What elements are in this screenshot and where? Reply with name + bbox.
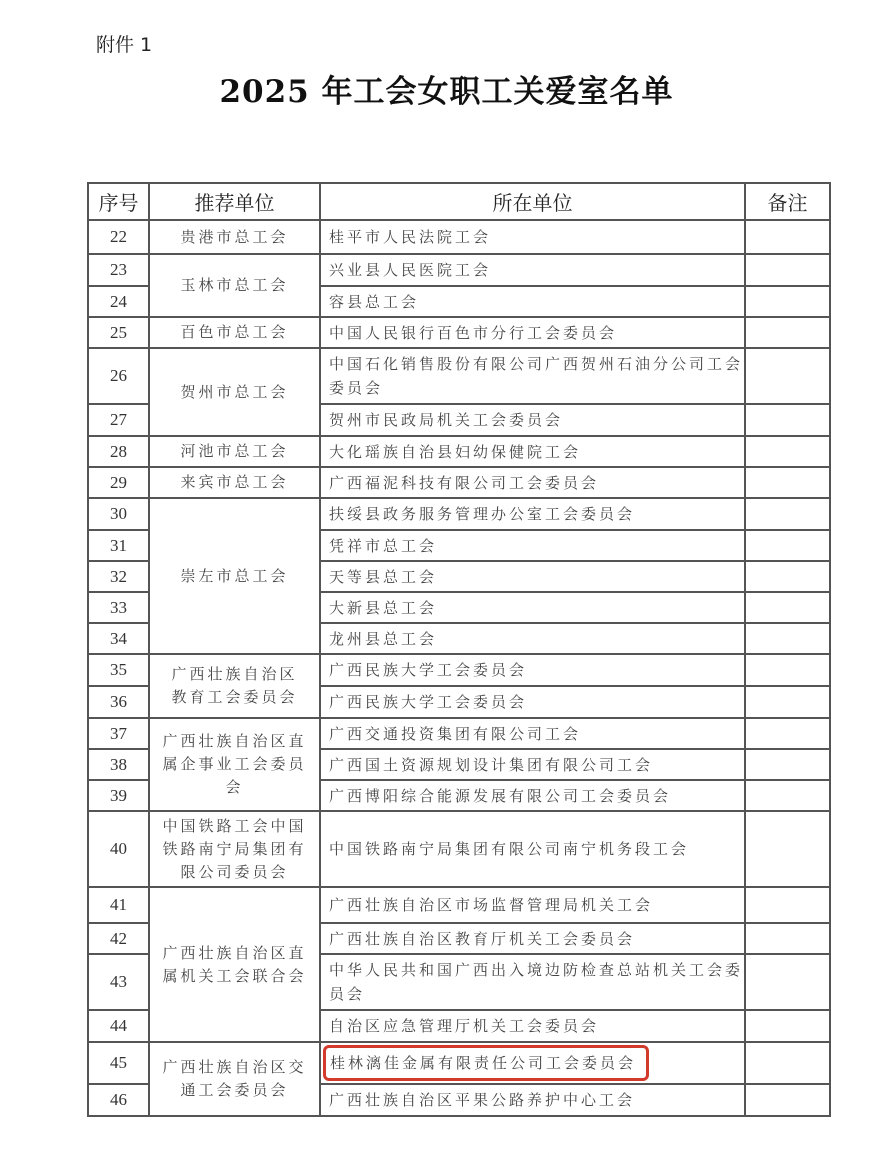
header-note: 备注 (745, 183, 830, 220)
row-recommender: 贺州市总工会 (149, 348, 320, 436)
recommender-line: 教育工会委员会 (171, 688, 297, 706)
row-recommender: 来宾市总工会 (149, 467, 320, 498)
row-note (745, 561, 830, 592)
row-note (745, 286, 830, 317)
name-list-table: 序号 推荐单位 所在单位 备注 22 贵港市总工会 桂平市人民法院工会 23 玉… (87, 182, 831, 1117)
row-unit: 广西交通投资集团有限公司工会 (320, 718, 745, 749)
row-note (745, 317, 830, 348)
row-unit: 广西福泥科技有限公司工会委员会 (320, 467, 745, 498)
row-recommender: 广西壮族自治区交通工会委员会 (149, 1042, 320, 1116)
row-note (745, 348, 830, 404)
row-serial: 23 (88, 254, 149, 286)
row-serial: 36 (88, 686, 149, 718)
row-note (745, 1042, 830, 1084)
row-unit: 天等县总工会 (320, 561, 745, 592)
row-recommender: 广西壮族自治区直属机关工会联合会 (149, 887, 320, 1042)
row-unit: 中国石化销售股份有限公司广西贺州石油分公司工会委员会 (320, 348, 745, 404)
row-note (745, 404, 830, 436)
row-note (745, 1010, 830, 1042)
row-serial: 29 (88, 467, 149, 498)
row-serial: 22 (88, 220, 149, 254)
header-unit: 所在单位 (320, 183, 745, 220)
row-serial: 24 (88, 286, 149, 317)
row-serial: 45 (88, 1042, 149, 1084)
row-note (745, 254, 830, 286)
row-unit: 凭祥市总工会 (320, 530, 745, 561)
row-unit: 贺州市民政局机关工会委员会 (320, 404, 745, 436)
row-note (745, 592, 830, 623)
table-row: 37 广西壮族自治区直属企事业工会委员会 广西交通投资集团有限公司工会 (88, 718, 830, 749)
row-note (745, 718, 830, 749)
attachment-label: 附件 1 (96, 30, 152, 57)
row-recommender: 玉林市总工会 (149, 254, 320, 317)
row-serial: 25 (88, 317, 149, 348)
table-row: 40 中国铁路工会中国铁路南宁局集团有限公司委员会 中国铁路南宁局集团有限公司南… (88, 811, 830, 887)
row-note (745, 530, 830, 561)
header-serial: 序号 (88, 183, 149, 220)
row-unit: 广西民族大学工会委员会 (320, 654, 745, 686)
row-unit: 扶绥县政务服务管理办公室工会委员会 (320, 498, 745, 530)
row-serial: 42 (88, 923, 149, 954)
row-serial: 39 (88, 780, 149, 811)
row-serial: 27 (88, 404, 149, 436)
row-unit: 广西壮族自治区平果公路养护中心工会 (320, 1084, 745, 1116)
row-recommender: 百色市总工会 (149, 317, 320, 348)
row-unit: 中国人民银行百色市分行工会委员会 (320, 317, 745, 348)
row-note (745, 498, 830, 530)
table-row: 28 河池市总工会 大化瑶族自治县妇幼保健院工会 (88, 436, 830, 467)
row-note (745, 686, 830, 718)
table-row: 22 贵港市总工会 桂平市人民法院工会 (88, 220, 830, 254)
row-serial: 46 (88, 1084, 149, 1116)
row-recommender: 广西壮族自治区教育工会委员会 (149, 654, 320, 718)
table-row: 29 来宾市总工会 广西福泥科技有限公司工会委员会 (88, 467, 830, 498)
row-note (745, 923, 830, 954)
table-row-highlighted: 45 广西壮族自治区交通工会委员会 桂林漓佳金属有限责任公司工会委员会 (88, 1042, 830, 1084)
row-serial: 34 (88, 623, 149, 654)
row-unit: 兴业县人民医院工会 (320, 254, 745, 286)
table-row: 26 贺州市总工会 中国石化销售股份有限公司广西贺州石油分公司工会委员会 (88, 348, 830, 404)
row-note (745, 1084, 830, 1116)
table-header-row: 序号 推荐单位 所在单位 备注 (88, 183, 830, 220)
row-unit: 大新县总工会 (320, 592, 745, 623)
row-note (745, 467, 830, 498)
row-unit: 中国铁路南宁局集团有限公司南宁机务段工会 (320, 811, 745, 887)
row-recommender: 贵港市总工会 (149, 220, 320, 254)
row-serial: 44 (88, 1010, 149, 1042)
row-serial: 38 (88, 749, 149, 780)
row-recommender: 广西壮族自治区直属企事业工会委员会 (149, 718, 320, 811)
row-note (745, 220, 830, 254)
recommender-line: 广西壮族自治区 (171, 665, 297, 683)
row-unit: 中华人民共和国广西出入境边防检查总站机关工会委员会 (320, 954, 745, 1010)
row-note (745, 749, 830, 780)
row-note (745, 811, 830, 887)
row-unit: 广西博阳综合能源发展有限公司工会委员会 (320, 780, 745, 811)
row-unit: 广西国土资源规划设计集团有限公司工会 (320, 749, 745, 780)
row-recommender: 崇左市总工会 (149, 498, 320, 654)
row-unit: 广西民族大学工会委员会 (320, 686, 745, 718)
row-unit: 自治区应急管理厅机关工会委员会 (320, 1010, 745, 1042)
row-note (745, 780, 830, 811)
row-note (745, 654, 830, 686)
row-serial: 43 (88, 954, 149, 1010)
table-row: 25 百色市总工会 中国人民银行百色市分行工会委员会 (88, 317, 830, 348)
row-note (745, 623, 830, 654)
header-recommender: 推荐单位 (149, 183, 320, 220)
document-title: 2025 年工会女职工关爱室名单 (0, 66, 893, 111)
row-serial: 37 (88, 718, 149, 749)
row-serial: 33 (88, 592, 149, 623)
highlight-box: 桂林漓佳金属有限责任公司工会委员会 (323, 1045, 649, 1081)
row-serial: 40 (88, 811, 149, 887)
row-recommender: 中国铁路工会中国铁路南宁局集团有限公司委员会 (149, 811, 320, 887)
row-serial: 28 (88, 436, 149, 467)
row-serial: 31 (88, 530, 149, 561)
row-unit: 广西壮族自治区市场监督管理局机关工会 (320, 887, 745, 923)
row-note (745, 436, 830, 467)
row-unit: 广西壮族自治区教育厅机关工会委员会 (320, 923, 745, 954)
row-serial: 35 (88, 654, 149, 686)
row-serial: 41 (88, 887, 149, 923)
row-note (745, 954, 830, 1010)
row-serial: 26 (88, 348, 149, 404)
row-serial: 32 (88, 561, 149, 592)
row-serial: 30 (88, 498, 149, 530)
row-unit: 大化瑶族自治县妇幼保健院工会 (320, 436, 745, 467)
table-row: 41 广西壮族自治区直属机关工会联合会 广西壮族自治区市场监督管理局机关工会 (88, 887, 830, 923)
table-row: 30 崇左市总工会 扶绥县政务服务管理办公室工会委员会 (88, 498, 830, 530)
table-row: 35 广西壮族自治区教育工会委员会 广西民族大学工会委员会 (88, 654, 830, 686)
row-unit: 容县总工会 (320, 286, 745, 317)
row-unit: 桂平市人民法院工会 (320, 220, 745, 254)
row-note (745, 887, 830, 923)
row-unit: 龙州县总工会 (320, 623, 745, 654)
row-unit: 桂林漓佳金属有限责任公司工会委员会 (320, 1042, 745, 1084)
row-recommender: 河池市总工会 (149, 436, 320, 467)
table-row: 23 玉林市总工会 兴业县人民医院工会 (88, 254, 830, 286)
